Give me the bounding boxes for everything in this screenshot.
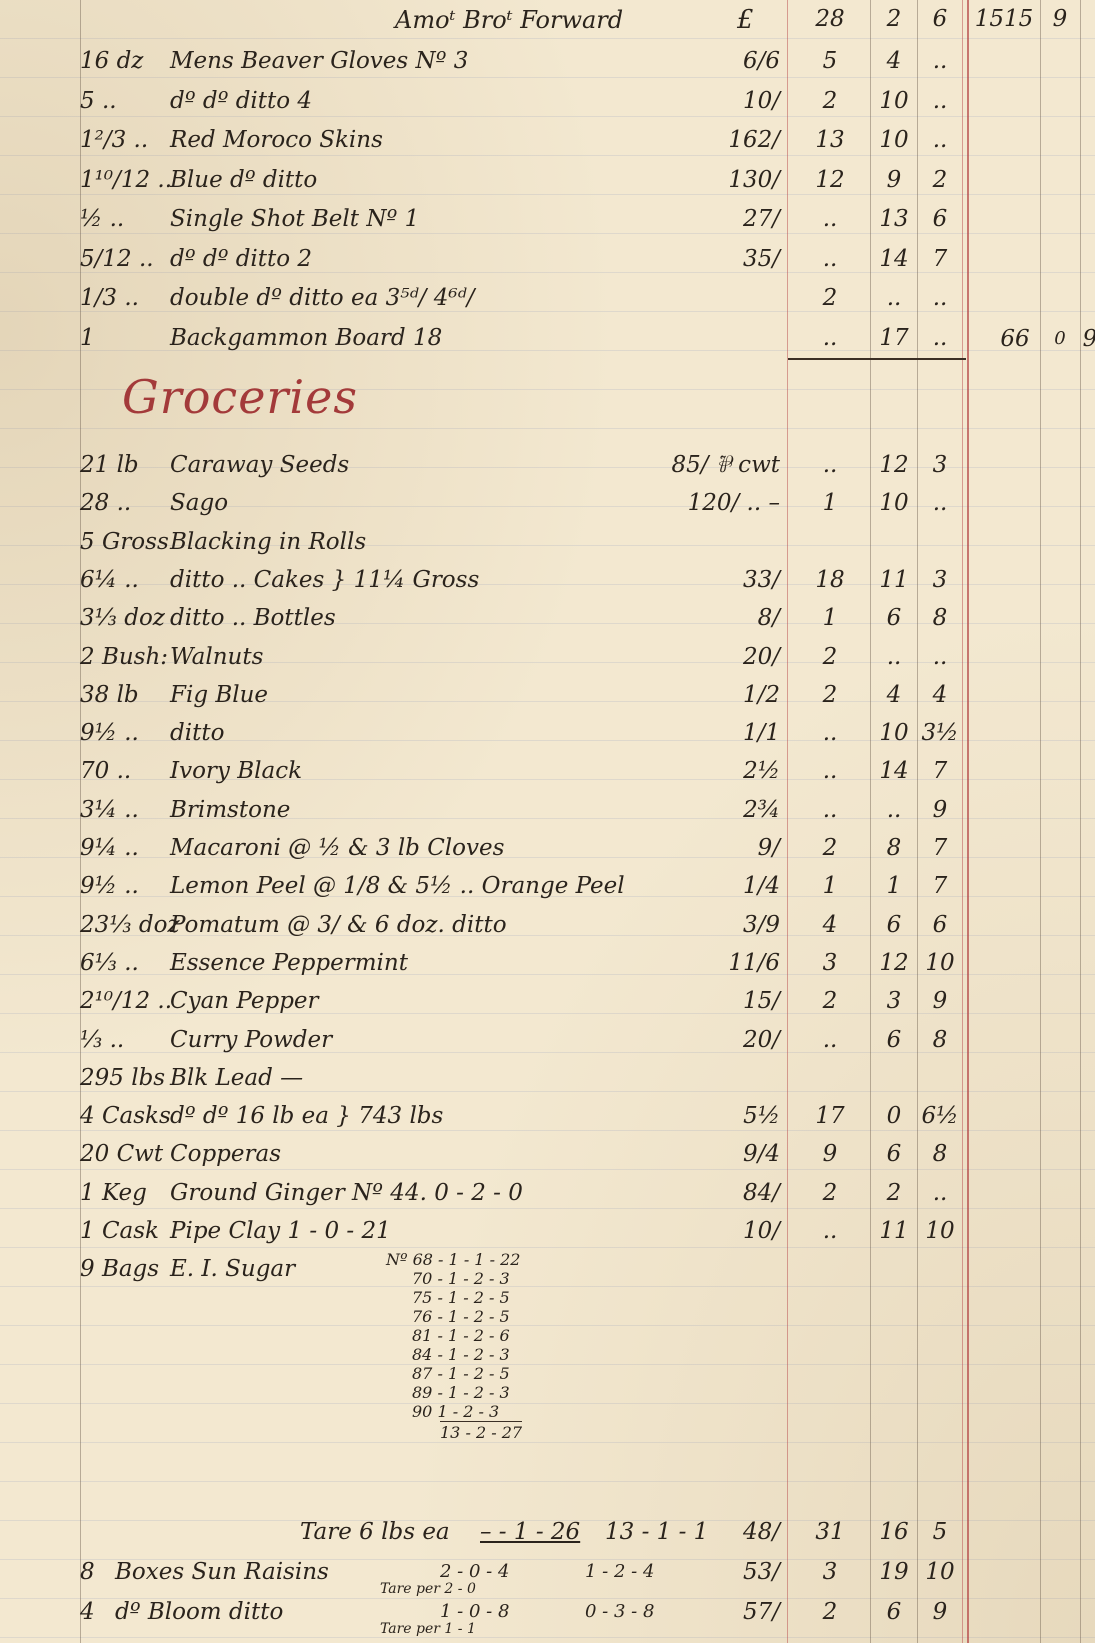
pence: 6 [918, 200, 962, 238]
description: ditto .. Cakes } 11¼ Gross [170, 561, 479, 599]
quantity: 1¹⁰/12 .. [80, 161, 172, 199]
ledger-row: 5 GrossBlacking in Rolls [0, 523, 1095, 561]
pence: 3 [918, 561, 962, 599]
quantity: 1²/3 .. [80, 121, 148, 159]
ledger-row: 9½ ..ditto1/1..103½ [0, 714, 1095, 752]
description: Lemon Peel @ 1/8 & 5½ .. Orange Peel [170, 867, 625, 905]
ledger-row: 295 lbsBlk Lead — [0, 1059, 1095, 1097]
pence: .. [918, 279, 962, 317]
ledger-row: 1 CaskPipe Clay 1 - 0 - 2110/..1110 [0, 1212, 1095, 1250]
pounds: 1 [800, 867, 860, 905]
description: Sago [170, 484, 228, 522]
rate: 130/ [650, 161, 780, 199]
quantity: 8 [80, 1553, 95, 1591]
shillings: 6 [872, 1021, 916, 1059]
quantity: 2 Bush: [80, 638, 168, 676]
pence: 9 [918, 1593, 962, 1631]
pence: 6 [918, 0, 962, 38]
pounds: 18 [800, 561, 860, 599]
pence: 6½ [918, 1097, 962, 1135]
shillings: 2 [872, 0, 916, 38]
rate: 8/ [650, 599, 780, 637]
sugar-weights-list: Nº 68 - 1 - 1 - 2270 - 1 - 2 - 375 - 1 -… [412, 1250, 592, 1442]
description: Essence Peppermint [170, 944, 408, 982]
pence: 10 [918, 944, 962, 982]
description: Ivory Black [170, 752, 302, 790]
quantity: 5 Gross [80, 523, 169, 561]
pence: 2 [918, 161, 962, 199]
pence: 9 [918, 982, 962, 1020]
shillings: 10 [872, 714, 916, 752]
pounds: .. [800, 1021, 860, 1059]
quantity: 9½ .. [80, 714, 139, 752]
pounds: 2 [800, 829, 860, 867]
outer-shillings: 9 [1042, 0, 1078, 38]
quantity: 5/12 .. [80, 240, 154, 278]
quantity: 23⅓ doz [80, 906, 180, 944]
description: Caraway Seeds [170, 446, 349, 484]
shillings: 0 [872, 1097, 916, 1135]
quantity: 5 .. [80, 82, 117, 120]
sugar-gross-total: 13 - 2 - 27 [440, 1421, 522, 1442]
pounds: .. [800, 714, 860, 752]
ledger-row: 9½ ..Lemon Peel @ 1/8 & 5½ .. Orange Pee… [0, 867, 1095, 905]
pounds: 2 [800, 982, 860, 1020]
pounds: 13 [800, 121, 860, 159]
description: Walnuts [170, 638, 263, 676]
ledger-row: 4dº Bloom ditto1 - 0 - 8Tare per 1 - 10 … [0, 1593, 1095, 1631]
shillings: .. [872, 279, 916, 317]
shillings: 10 [872, 121, 916, 159]
ledger-row: ½ ..Single Shot Belt Nº 127/..136 [0, 200, 1095, 238]
pounds: .. [800, 200, 860, 238]
shillings: 6 [872, 906, 916, 944]
description: Blk Lead — [170, 1059, 303, 1097]
description: Curry Powder [170, 1021, 332, 1059]
quantity: 20 Cwt [80, 1135, 163, 1173]
description: ditto [170, 714, 224, 752]
sugar-tare-row: Tare 6 lbs ea – - 1 - 26 13 - 1 - 1 48/ … [0, 1513, 1095, 1551]
shillings: 6 [872, 599, 916, 637]
quantity: 1/3 .. [80, 279, 139, 317]
shillings: 12 [872, 446, 916, 484]
ledger-row: 2 Bush:Walnuts20/2.... [0, 638, 1095, 676]
net-weight: 0 - 3 - 8 [585, 1593, 654, 1631]
description: Blue dº ditto [170, 161, 317, 199]
description: Mens Beaver Gloves Nº 3 [170, 42, 468, 80]
quantity: 1 Cask [80, 1212, 159, 1250]
rate: 11/6 [650, 944, 780, 982]
rate: 27/ [650, 200, 780, 238]
tare-weight: – - 1 - 26 [480, 1513, 580, 1551]
rate: 9/ [650, 829, 780, 867]
pounds: 1 [800, 484, 860, 522]
ledger-row: 9¼ ..Macaroni @ ½ & 3 lb Cloves9/287 [0, 829, 1095, 867]
shillings: 1 [872, 867, 916, 905]
ledger-row: 1/3 ..double dº ditto ea 3⁵ᵈ/ 4⁶ᵈ/2.... [0, 279, 1095, 317]
quantity: 3¼ .. [80, 791, 139, 829]
ledger-row: 16 dzMens Beaver Gloves Nº 36/654.. [0, 42, 1095, 80]
quantity: 295 lbs [80, 1059, 165, 1097]
pence: 8 [918, 599, 962, 637]
ledger-row: 8Boxes Sun Raisins2 - 0 - 4Tare per 2 - … [0, 1553, 1095, 1591]
shillings: 9 [872, 161, 916, 199]
section1-total-row: 66 0 9 [0, 320, 1095, 358]
rate: 20/ [650, 1021, 780, 1059]
rate: 85/ ⅌ cwt [650, 446, 780, 484]
shillings: 14 [872, 752, 916, 790]
sugar-weight-entry: 87 - 1 - 2 - 5 [412, 1364, 592, 1383]
quantity: 4 Casks [80, 1097, 171, 1135]
total-pounds: 66 [990, 320, 1040, 358]
shillings: 10 [872, 82, 916, 120]
ledger-row: 20 CwtCopperas9/4968 [0, 1135, 1095, 1173]
quantity: 9½ .. [80, 867, 139, 905]
sugar-weight-entry: 89 - 1 - 2 - 3 [412, 1383, 592, 1402]
quantity: ½ .. [80, 200, 124, 238]
pounds: 4 [800, 906, 860, 944]
rate: 10/ [650, 1212, 780, 1250]
description: Blacking in Rolls [170, 523, 366, 561]
rate: 5½ [650, 1097, 780, 1135]
sugar-weight-entry: 84 - 1 - 2 - 3 [412, 1345, 592, 1364]
quantity: 28 .. [80, 484, 131, 522]
pence: 8 [918, 1135, 962, 1173]
pence: 6 [918, 906, 962, 944]
sugar-weight-entry: 75 - 1 - 2 - 5 [412, 1288, 592, 1307]
pence: 10 [918, 1212, 962, 1250]
description: double dº ditto ea 3⁵ᵈ/ 4⁶ᵈ/ [170, 279, 475, 317]
shillings: 8 [872, 829, 916, 867]
description: Boxes Sun Raisins [115, 1553, 329, 1591]
rate: 6/6 [650, 42, 780, 80]
shillings: 12 [872, 944, 916, 982]
pence: 7 [918, 240, 962, 278]
description: dº dº 16 lb ea } 743 lbs [170, 1097, 443, 1135]
quantity: ⅓ .. [80, 1021, 124, 1059]
ledger-row: 5/12 ..dº dº ditto 235/..147 [0, 240, 1095, 278]
quantity: 4 [80, 1593, 95, 1631]
pounds: 2 [800, 82, 860, 120]
quantity: 9 Bags [80, 1250, 159, 1288]
ledger-row: 1¹⁰/12 ..Blue dº ditto130/1292 [0, 161, 1095, 199]
ledger-row: 1²/3 ..Red Moroco Skins162/1310.. [0, 121, 1095, 159]
pounds: 2 [800, 638, 860, 676]
rate: 35/ [650, 240, 780, 278]
quantity: 6¼ .. [80, 561, 139, 599]
quantity: 9¼ .. [80, 829, 139, 867]
pounds: 17 [800, 1097, 860, 1135]
pence: .. [918, 82, 962, 120]
description: dº dº ditto 4 [170, 82, 312, 120]
rate: 57/ [650, 1593, 780, 1631]
description: Copperas [170, 1135, 281, 1173]
pounds: 12 [800, 161, 860, 199]
ledger-row: ⅓ ..Curry Powder20/..68 [0, 1021, 1095, 1059]
sugar-weight-entry: 81 - 1 - 2 - 6 [412, 1326, 592, 1345]
shillings: 11 [872, 561, 916, 599]
rate: 1/2 [650, 676, 780, 714]
description: Ground Ginger Nº 44. 0 - 2 - 0 [170, 1174, 523, 1212]
pence: 3 [918, 446, 962, 484]
rate: 15/ [650, 982, 780, 1020]
ledger-row: 4 Casksdº dº 16 lb ea } 743 lbs5½1706½ [0, 1097, 1095, 1135]
quantity: 16 dz [80, 42, 143, 80]
rate: 162/ [650, 121, 780, 159]
rate: 2½ [650, 752, 780, 790]
ledger-row: 3¼ ..Brimstone2¾....9 [0, 791, 1095, 829]
pounds: 2 [800, 1593, 860, 1631]
ledger-row: 1 KegGround Ginger Nº 44. 0 - 2 - 084/22… [0, 1174, 1095, 1212]
description: Pipe Clay 1 - 0 - 21 [170, 1212, 391, 1250]
ledger-row: 5 ..dº dº ditto 410/210.. [0, 82, 1095, 120]
pence: .. [918, 1174, 962, 1212]
description: dº Bloom ditto [115, 1593, 283, 1631]
pounds: 1 [800, 599, 860, 637]
rate: 120/ .. – [650, 484, 780, 522]
shillings: 19 [872, 1553, 916, 1591]
pence: 10 [918, 1553, 962, 1591]
pounds: .. [800, 791, 860, 829]
ledger-row: 6⅓ ..Essence Peppermint11/631210 [0, 944, 1095, 982]
pence: .. [918, 121, 962, 159]
description: E. I. Sugar [170, 1250, 295, 1288]
brought-forward-label: Amoᵗ Broᵗ Forward [395, 2, 623, 38]
pence: 8 [918, 1021, 962, 1059]
ledger-page: Amoᵗ Broᵗ Forward £ 28 2 6 1515 9 16 dzM… [0, 0, 1095, 1643]
shillings: 4 [872, 42, 916, 80]
pence: .. [918, 638, 962, 676]
section1-total-underline [788, 358, 966, 360]
pence: 9 [918, 791, 962, 829]
rate: 33/ [650, 561, 780, 599]
pounds: 2 [800, 1174, 860, 1212]
rate: 20/ [650, 638, 780, 676]
description: Single Shot Belt Nº 1 [170, 200, 419, 238]
shillings: .. [872, 791, 916, 829]
ledger-row: 38 lbFig Blue1/2244 [0, 676, 1095, 714]
quantity: 1 Keg [80, 1174, 147, 1212]
tare-label: Tare 6 lbs ea [300, 1513, 450, 1551]
pound-sign: £ [737, 2, 754, 38]
pounds: 9 [800, 1135, 860, 1173]
tare-note: Tare per 1 - 1 [380, 1621, 476, 1637]
description: dº dº ditto 2 [170, 240, 312, 278]
pence: .. [918, 484, 962, 522]
shillings: 16 [872, 1513, 916, 1551]
rate: 10/ [650, 82, 780, 120]
quantity: 6⅓ .. [80, 944, 139, 982]
shillings: 2 [872, 1174, 916, 1212]
shillings: 11 [872, 1212, 916, 1250]
pounds: .. [800, 240, 860, 278]
shillings: 14 [872, 240, 916, 278]
description: ditto .. Bottles [170, 599, 336, 637]
shillings: 3 [872, 982, 916, 1020]
sugar-weight-entry: 76 - 1 - 2 - 5 [412, 1307, 592, 1326]
pounds: .. [800, 1212, 860, 1250]
quantity: 21 lb [80, 446, 139, 484]
pounds: 5 [800, 42, 860, 80]
shillings: .. [872, 638, 916, 676]
ledger-row: 21 lbCaraway Seeds85/ ⅌ cwt..123 [0, 446, 1095, 484]
total-pence: 9 [1080, 320, 1095, 358]
pence: 4 [918, 676, 962, 714]
shillings: 10 [872, 484, 916, 522]
description: Red Moroco Skins [170, 121, 383, 159]
pounds: .. [800, 752, 860, 790]
description: Macaroni @ ½ & 3 lb Cloves [170, 829, 504, 867]
ledger-row: 70 ..Ivory Black2½..147 [0, 752, 1095, 790]
description: Fig Blue [170, 676, 268, 714]
pounds: 2 [800, 279, 860, 317]
description: Brimstone [170, 791, 290, 829]
section-heading-groceries: Groceries [122, 370, 358, 424]
rate: 1/1 [650, 714, 780, 752]
ledger-row: 3⅓ dozditto .. Bottles8/168 [0, 599, 1095, 637]
pounds: .. [800, 446, 860, 484]
pence: .. [918, 42, 962, 80]
pence: 5 [918, 1513, 962, 1551]
sugar-weight-entry: 90 1 - 2 - 3 [412, 1402, 592, 1421]
quantity: 38 lb [80, 676, 139, 714]
rate: 9/4 [650, 1135, 780, 1173]
rate: 1/4 [650, 867, 780, 905]
quantity: 70 .. [80, 752, 131, 790]
pounds: 28 [800, 0, 860, 38]
shillings: 4 [872, 676, 916, 714]
shillings: 6 [872, 1593, 916, 1631]
pence: 7 [918, 752, 962, 790]
outer-pounds: 1515 [970, 0, 1038, 38]
net-weight: 1 - 2 - 4 [585, 1553, 654, 1591]
total-shillings: 0 [1042, 320, 1078, 358]
rate: 3/9 [650, 906, 780, 944]
rate: 53/ [650, 1553, 780, 1591]
ledger-row: 2¹⁰/12 ..Cyan Pepper15/239 [0, 982, 1095, 1020]
pounds: 2 [800, 676, 860, 714]
shillings: 13 [872, 200, 916, 238]
pence: 7 [918, 829, 962, 867]
pence: 3½ [918, 714, 962, 752]
pence: 7 [918, 867, 962, 905]
shillings: 6 [872, 1135, 916, 1173]
rate: 84/ [650, 1174, 780, 1212]
ledger-row: 23⅓ dozPomatum @ 3/ & 6 doz. ditto3/9466 [0, 906, 1095, 944]
ledger-row: 28 ..Sago120/ .. –110.. [0, 484, 1095, 522]
sugar-weight-entry: 70 - 1 - 2 - 3 [412, 1269, 592, 1288]
ledger-row: 6¼ ..ditto .. Cakes } 11¼ Gross33/18113 [0, 561, 1095, 599]
description: Pomatum @ 3/ & 6 doz. ditto [170, 906, 507, 944]
rate: 48/ [690, 1513, 780, 1551]
rate: 2¾ [650, 791, 780, 829]
quantity: 2¹⁰/12 .. [80, 982, 172, 1020]
brought-forward-row: Amoᵗ Broᵗ Forward £ 28 2 6 1515 9 [0, 0, 1095, 38]
pounds: 3 [800, 944, 860, 982]
sugar-weight-entry: Nº 68 - 1 - 1 - 22 [386, 1250, 592, 1269]
quantity: 3⅓ doz [80, 599, 165, 637]
pounds: 3 [800, 1553, 860, 1591]
pounds: 31 [800, 1513, 860, 1551]
description: Cyan Pepper [170, 982, 319, 1020]
